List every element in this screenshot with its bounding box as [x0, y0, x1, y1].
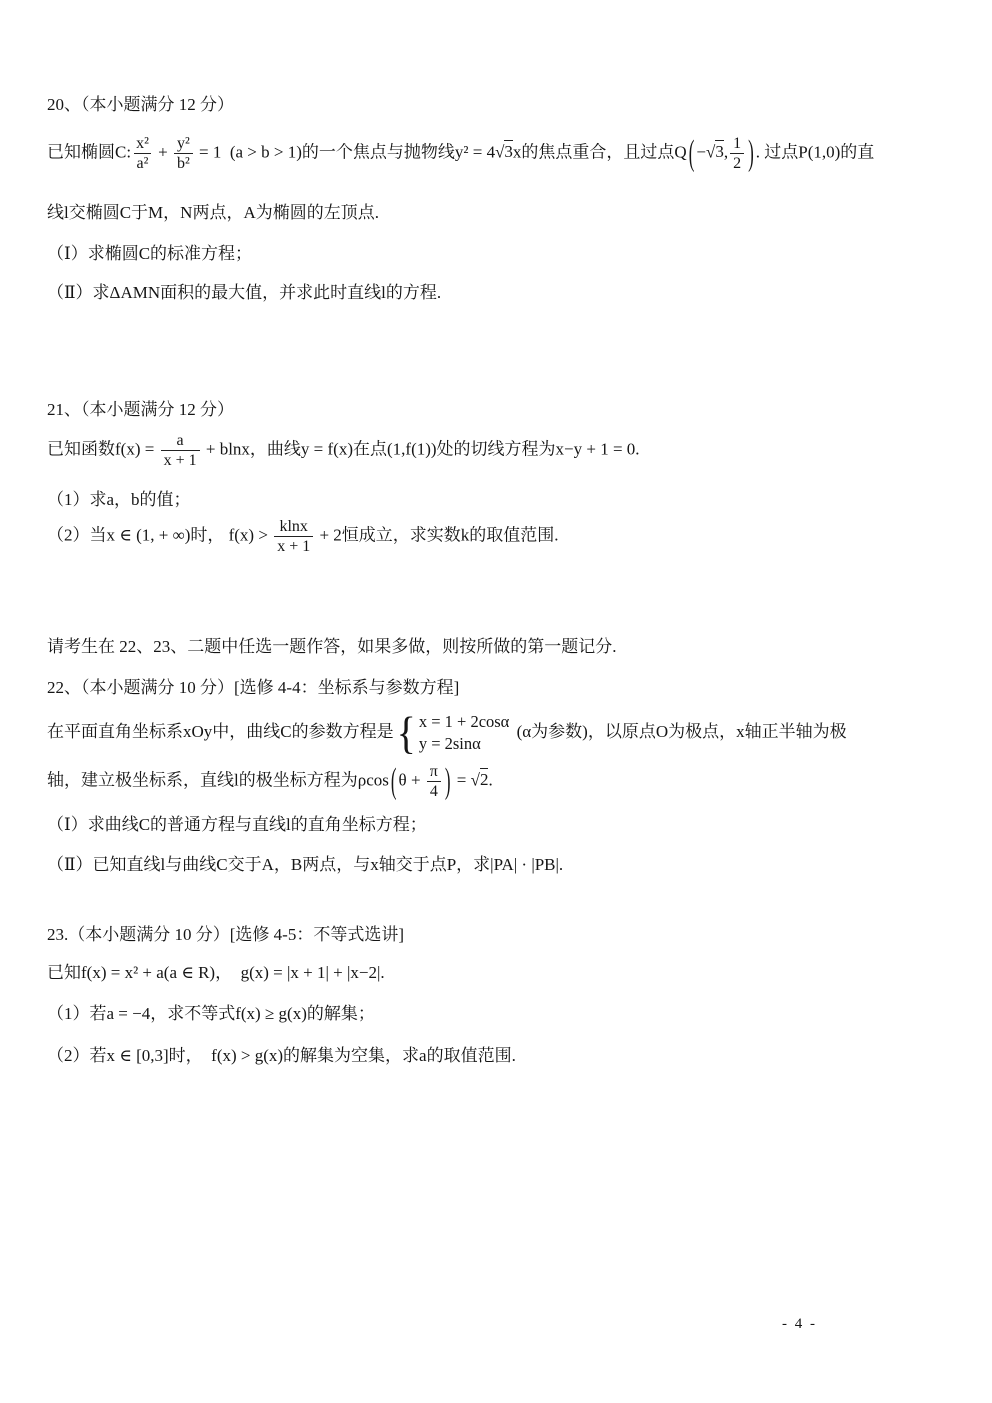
tall-parenthesis: (	[689, 133, 695, 175]
cases-row: x = 1 + 2cosα	[419, 711, 510, 733]
fraction-denominator: 4	[427, 781, 441, 801]
fraction: 12	[730, 132, 744, 175]
cases-row: y = 2sinα	[419, 733, 481, 755]
radicand: 2	[480, 768, 489, 789]
fraction: klnxx + 1	[274, 515, 313, 558]
square-root: √2	[471, 768, 489, 789]
problem-22-header: 22、（本小题满分 10 分）[选修 4-4：坐标系与参数方程]	[47, 676, 952, 699]
fraction: π4	[427, 760, 441, 803]
choice-notice: 请考生在 22、23、二题中任选一题作答，如果多做，则按所做的第一题记分.	[47, 635, 952, 658]
fraction-denominator: b²	[174, 153, 193, 173]
problem-22-statement-line-1: 在平面直角坐标系xOy中，曲线C的参数方程是{x = 1 + 2cosαy = …	[47, 711, 952, 755]
fraction-denominator: x + 1	[161, 450, 200, 470]
tall-parenthesis: )	[748, 133, 754, 175]
problem-22-part-1: （Ⅰ）求曲线C的普通方程与直线l的直角坐标方程；	[47, 813, 952, 836]
square-root: √3	[495, 140, 513, 161]
radicand: 3	[715, 140, 724, 161]
fraction-numerator: π	[427, 762, 441, 781]
radical-sign: √	[706, 142, 715, 161]
fraction-numerator: a	[174, 431, 187, 450]
problem-23-part-1: （1）若a = −4，求不等式f(x) ≥ g(x)的解集；	[47, 1002, 952, 1025]
radical-sign: √	[471, 770, 480, 789]
problem-22-part-2: （Ⅱ）已知直线l与曲线C交于A，B两点，与x轴交于点P，求|PA| · |PB|…	[47, 853, 952, 876]
fraction-denominator: a²	[134, 153, 152, 173]
exam-page: 20、（本小题满分 12 分） 已知椭圆C:x²a² + y²b² = 1 (a…	[0, 0, 992, 1403]
fraction-denominator: 2	[730, 153, 744, 173]
problem-21-part-2: （2）当x ∈ (1, + ∞)时， f(x) > klnxx + 1 + 2恒…	[47, 515, 952, 558]
brace: {	[397, 710, 416, 756]
fraction-numerator: x²	[133, 134, 152, 153]
problem-23-header: 23.（本小题满分 10 分）[选修 4-5：不等式选讲]	[47, 923, 952, 946]
problem-21-header: 21、（本小题满分 12 分）	[47, 398, 952, 421]
problem-22-statement-line-2: 轴，建立极坐标系，直线l的极坐标方程为ρcos(θ + π4) = √2.	[47, 760, 952, 803]
square-root: √3	[706, 140, 724, 161]
problem-20-part-1: （Ⅰ）求椭圆C的标准方程；	[47, 242, 952, 265]
radicand: 3	[504, 140, 513, 161]
fraction-numerator: 1	[730, 134, 744, 153]
fraction-numerator: klnx	[276, 517, 310, 536]
problem-20-statement-line-2: 线l交椭圆C于M，N两点，A为椭圆的左顶点.	[47, 201, 952, 224]
page-content: 20、（本小题满分 12 分） 已知椭圆C:x²a² + y²b² = 1 (a…	[0, 0, 992, 1334]
problem-23-statement-line-1: 已知f(x) = x² + a(a ∈ R)， g(x) = |x + 1| +…	[47, 961, 952, 984]
problem-21-part-1: （1）求a，b的值；	[47, 488, 952, 511]
cases-system: {x = 1 + 2cosαy = 2sinα	[397, 711, 510, 755]
fraction-numerator: y²	[174, 134, 193, 153]
cases-rows: x = 1 + 2cosαy = 2sinα	[419, 711, 510, 755]
fraction: ax + 1	[161, 429, 200, 472]
problem-21-statement-line-1: 已知函数f(x) = ax + 1 + blnx，曲线y = f(x)在点(1,…	[47, 429, 952, 472]
fraction-denominator: x + 1	[274, 536, 313, 556]
problem-23-part-2: （2）若x ∈ [0,3]时， f(x) > g(x)的解集为空集，求a的取值范…	[47, 1044, 952, 1067]
tall-parenthesis: )	[445, 761, 451, 803]
tall-parenthesis: (	[391, 761, 397, 803]
problem-20-header: 20、（本小题满分 12 分）	[47, 93, 952, 116]
page-number: - 4 -	[47, 1314, 817, 1334]
fraction: y²b²	[174, 132, 193, 175]
problem-20-part-2: （Ⅱ）求ΔAMN面积的最大值，并求此时直线l的方程.	[47, 281, 952, 304]
problem-20-statement-line-1: 已知椭圆C:x²a² + y²b² = 1 (a > b > 1)的一个焦点与抛…	[47, 132, 952, 175]
fraction: x²a²	[133, 132, 152, 175]
